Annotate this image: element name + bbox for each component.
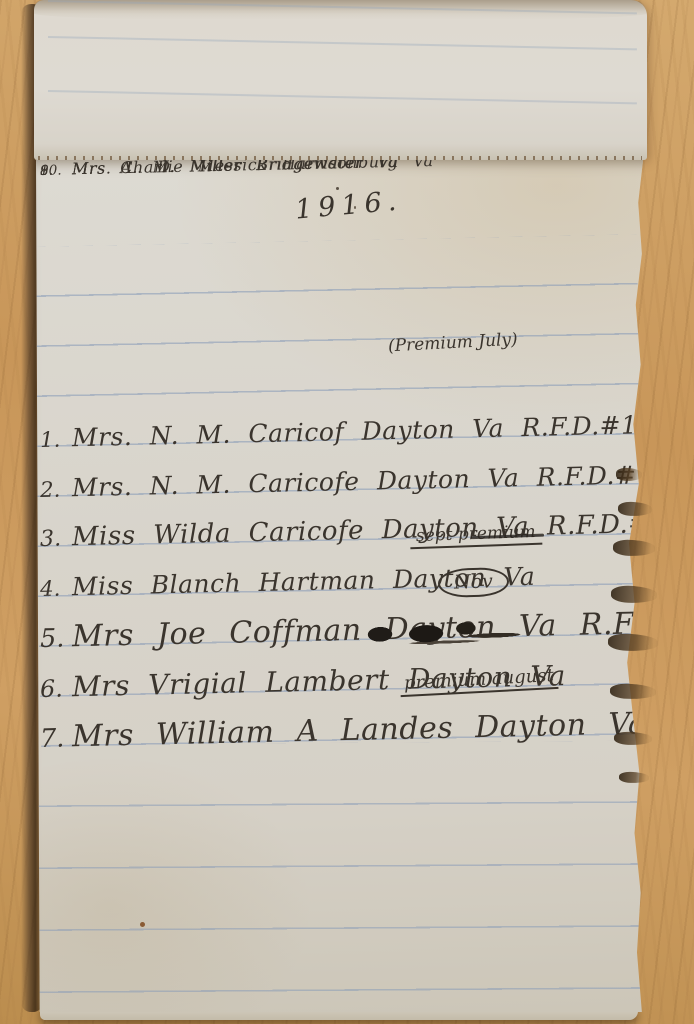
wood-grain-mark bbox=[610, 683, 656, 700]
wood-grain-mark bbox=[614, 731, 652, 745]
entry-number: 5. bbox=[40, 623, 67, 654]
entry-number: 2. bbox=[40, 477, 67, 503]
notebook-photo: 1916. 1. Mrs. N. M. Caricof Dayton Va R.… bbox=[0, 0, 694, 1024]
wood-grain-mark bbox=[619, 771, 649, 783]
paper-speck bbox=[336, 187, 339, 190]
paper-speck bbox=[354, 206, 356, 209]
entry-number: 7. bbox=[40, 723, 67, 754]
ruled-line bbox=[48, 90, 637, 104]
ruled-line bbox=[48, 36, 637, 50]
ledger-page: 1916. 1. Mrs. N. M. Caricof Dayton Va R.… bbox=[36, 160, 648, 1012]
wood-grain-mark bbox=[618, 501, 652, 516]
entry-number: 6. bbox=[40, 674, 67, 703]
ruled-lines-lower bbox=[35, 741, 643, 1010]
wood-grain-mark bbox=[611, 585, 658, 604]
entry-number: 3. bbox=[40, 525, 67, 552]
folded-back-pages bbox=[34, 0, 647, 160]
wood-grain-mark bbox=[608, 633, 659, 652]
wood-grain-mark bbox=[613, 539, 656, 556]
entry-number: 4. bbox=[40, 576, 67, 602]
paper-stain-speck bbox=[140, 922, 145, 927]
year-heading: 1916. bbox=[294, 185, 404, 225]
entry-number: 10. bbox=[40, 162, 66, 179]
ruled-line bbox=[48, 0, 637, 14]
annotation-sept-premium: sept premium bbox=[410, 522, 542, 550]
entry-number: 1. bbox=[40, 427, 67, 453]
wood-grain-mark bbox=[616, 468, 642, 482]
